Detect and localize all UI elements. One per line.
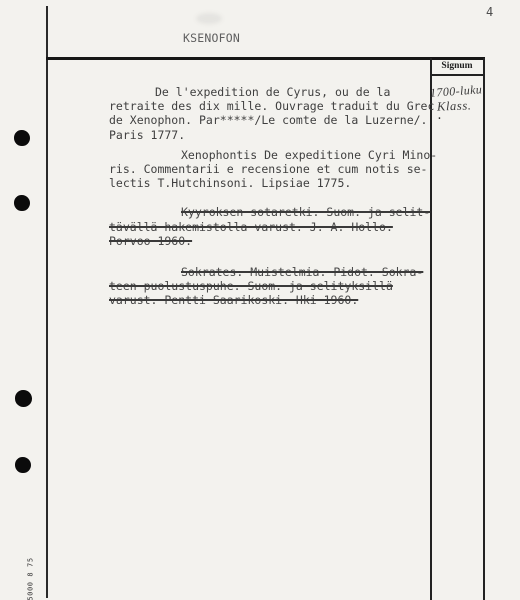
punch-hole-dot [14,195,30,211]
bibliography-entry: Sokrates. Muistelmia. Pidot. Sokra-teen … [109,265,454,308]
entry-line: lectis T.Hutchinsoni. Lipsiae 1775. [109,176,454,190]
scanned-catalogue-page: 4 KSENOFON Signum 1700-luku Klass. . De … [0,0,520,600]
entry-line: varust. Pentti Saarikoski. Hki 1960. [109,293,454,307]
entry-line: teen puolustuspuhe. Suom. ja selityksill… [109,279,454,293]
entry-line: De l'expedition de Cyrus, ou de la [109,85,454,99]
signum-header-underline [430,74,485,76]
entry-line: de Xenophon. Par*****/Le comte de la Luz… [109,113,454,127]
entry-line: Porvoo 1960. [109,234,454,248]
entry-line: retraite des dix mille. Ouvrage traduit … [109,99,454,113]
form-number: 5000 8 75 [9,557,53,600]
form-number-text: 5000 8 75 [27,557,35,600]
punch-hole-dot [14,130,30,146]
bibliography-entry: Xenophontis De expeditione Cyri Mino-ris… [109,148,454,191]
entry-line: Kyyroksen sotaretki. Suom. ja selit- [109,205,454,219]
signum-column-header: Signum [431,58,483,74]
punch-hole-dot [15,390,32,407]
entry-line: Sokrates. Muistelmia. Pidot. Sokra- [109,265,454,279]
entries-container: De l'expedition de Cyrus, ou de laretrai… [109,85,454,308]
punch-hole-dot [15,457,31,473]
left-margin-rule [46,6,48,598]
signum-column-right-rule [483,58,485,600]
entry-line: tävällä hakemistolla varust. J. A. Hollo… [109,220,454,234]
ink-smudge [196,13,222,24]
top-horizontal-rule [46,57,485,60]
entry-line: Paris 1777. [109,128,454,142]
page-number: 4 [486,5,493,19]
bibliography-entry: Kyyroksen sotaretki. Suom. ja selit-tävä… [109,205,454,248]
entry-line: Xenophontis De expeditione Cyri Mino- [109,148,454,162]
bibliography-entry: De l'expedition de Cyrus, ou de laretrai… [109,85,454,142]
entry-line: ris. Commentarii e recensione et cum not… [109,162,454,176]
page-title: KSENOFON [183,31,240,45]
